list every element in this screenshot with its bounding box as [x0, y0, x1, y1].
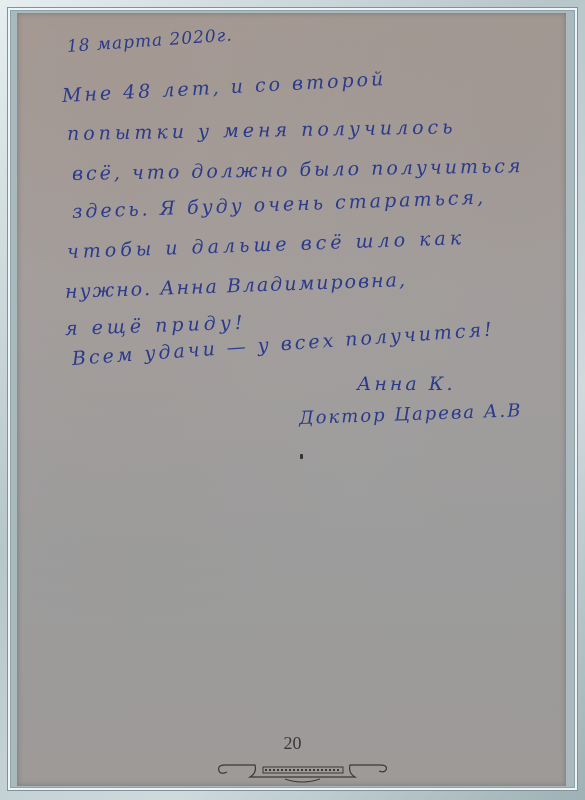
photo-frame: 18 марта 2020г. Мне 48 лет, и со второй … [0, 0, 585, 800]
handwritten-page: 18 марта 2020г. Мне 48 лет, и со второй … [17, 13, 566, 786]
note-date: 18 марта 2020г. [66, 25, 233, 57]
note-addressee: Доктор Царева А.В [299, 400, 523, 429]
ink-dot [300, 454, 303, 459]
note-line-6: нужно. Анна Владимировна, [65, 269, 408, 303]
note-line-7: я ещё приду! [65, 312, 247, 340]
page-ornament-icon [215, 755, 390, 785]
note-line-5: чтобы и дальше всё шло как [67, 227, 466, 263]
page-number: 20 [0, 733, 585, 754]
note-signature: Анна К. [357, 373, 456, 395]
note-line-3: всё, что должно было получиться [72, 155, 524, 185]
note-line-2: попытки у меня получилось [67, 116, 457, 145]
note-line-4: здесь. Я буду очень стараться, [72, 187, 487, 223]
note-line-1: Мне 48 лет, и со второй [61, 68, 386, 107]
